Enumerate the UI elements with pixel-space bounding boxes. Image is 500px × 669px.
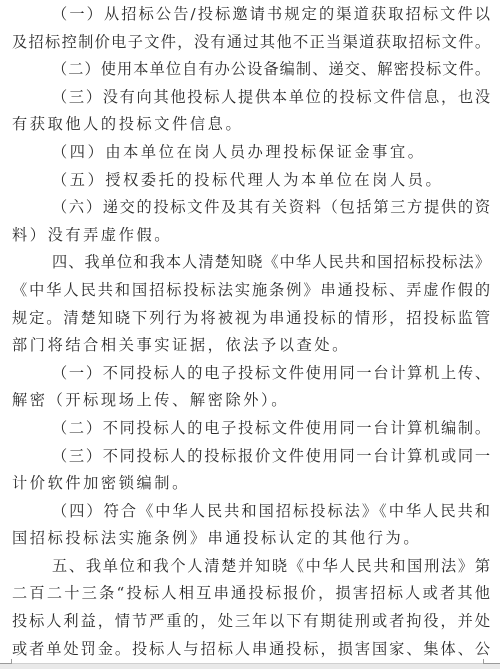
text-line: 有获取他人的投标文件信息。	[12, 111, 490, 139]
text-line: 国招标投标法实施条例》串通投标认定的其他行为。	[12, 525, 490, 553]
text-line: （二）使用本单位自有办公设备编制、递交、解密投标文件。	[12, 56, 490, 84]
page-corner-mark-right-h	[483, 663, 500, 664]
text-line: （一）不同投标人的电子投标文件使用同一台计算机上传、	[12, 360, 490, 388]
text-line: 四、我单位和我本人清楚知晓《中华人民共和国招标投标法》	[12, 249, 490, 277]
text-line: （四）符合《中华人民共和国招标投标法》《中华人民共和	[12, 498, 490, 526]
page-corner-mark-left-h	[0, 663, 12, 664]
text-line: （四）由本单位在岗人员办理投标保证金事宜。	[12, 139, 490, 167]
text-line: （六）递交的投标文件及其有关资料（包括第三方提供的资	[12, 194, 490, 222]
text-line: 部门将结合相关事实证据，依法予以查处。	[12, 332, 490, 360]
text-line: 解密（开标现场上传、解密除外）。	[12, 387, 490, 415]
text-line: 或者单处罚金。投标人与招标人串通投标，损害国家、集体、公	[12, 636, 490, 664]
text-line: （二）不同投标人的电子投标文件使用同一台计算机编制。	[12, 415, 490, 443]
text-line: 及招标控制价电子文件，没有通过其他不正当渠道获取招标文件。	[12, 29, 490, 57]
text-line: （三）不同投标人的投标报价文件使用同一台计算机或同一	[12, 443, 490, 471]
page-break-gap	[0, 663, 500, 669]
text-line: 规定。清楚知晓下列行为将被视为串通投标的情形，招投标监管	[12, 305, 490, 333]
text-line: 料）没有弄虚作假。	[12, 222, 490, 250]
text-line: （五）授权委托的投标代理人为本单位在岗人员。	[12, 167, 490, 195]
text-line: （一）从招标公告/投标邀请书规定的渠道获取招标文件以	[12, 1, 490, 29]
text-line: 计价软件加密锁编制。	[12, 470, 490, 498]
document-body: （一）从招标公告/投标邀请书规定的渠道获取招标文件以及招标控制价电子文件，没有通…	[12, 1, 490, 663]
document-page: （一）从招标公告/投标邀请书规定的渠道获取招标文件以及招标控制价电子文件，没有通…	[0, 0, 500, 663]
text-line: （三）没有向其他投标人提供本单位的投标文件信息，也没	[12, 84, 490, 112]
text-line: 投标人利益，情节严重的，处三年以下有期徒刑或者拘役，并处	[12, 608, 490, 636]
text-line: 二百二十三条“投标人相互串通投标报价，损害招标人或者其他	[12, 580, 490, 608]
text-line: 五、我单位和我个人清楚并知晓《中华人民共和国刑法》第	[12, 553, 490, 581]
text-line: 《中华人民共和国招标投标法实施条例》串通投标、弄虚作假的	[12, 277, 490, 305]
